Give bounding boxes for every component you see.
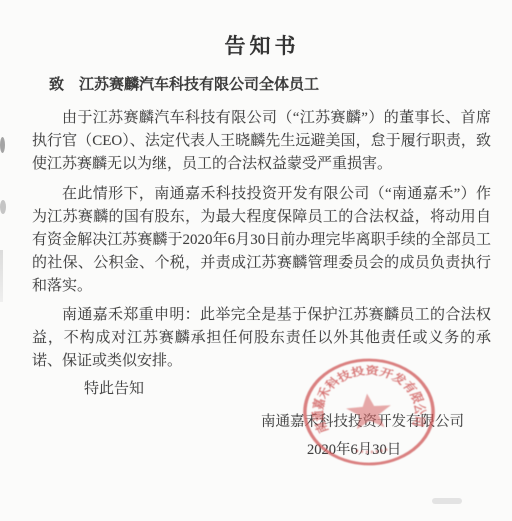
- scan-artifact: [0, 137, 5, 153]
- document-title: 告知书: [0, 30, 512, 60]
- scan-artifact: [432, 498, 462, 504]
- scan-artifact: [0, 200, 6, 214]
- scan-artifact: [0, 250, 3, 302]
- closing-line: 特此告知: [84, 378, 144, 401]
- notice-document: 告知书 致 江苏赛麟汽车科技有限公司全体员工 由于江苏赛麟汽车科技有限公司（“江…: [0, 0, 512, 521]
- date-line: 2020年6月30日: [307, 439, 401, 462]
- paragraph-2: 在此情形下，南通嘉禾科技投资开发有限公司（“南通嘉禾”）作为江苏赛麟的国有股东，…: [32, 183, 491, 298]
- paragraph-1: 由于江苏赛麟汽车科技有限公司（“江苏赛麟”）的董事长、首席执行官（CEO）、法定…: [32, 107, 491, 176]
- signature-line: 南通嘉禾科技投资开发有限公司: [261, 411, 464, 434]
- recipient-line: 致 江苏赛麟汽车科技有限公司全体员工: [49, 74, 319, 97]
- paragraph-3: 南通嘉禾郑重申明：此举完全是基于保护江苏赛麟员工的合法权益，不构成对江苏赛麟承担…: [32, 304, 491, 373]
